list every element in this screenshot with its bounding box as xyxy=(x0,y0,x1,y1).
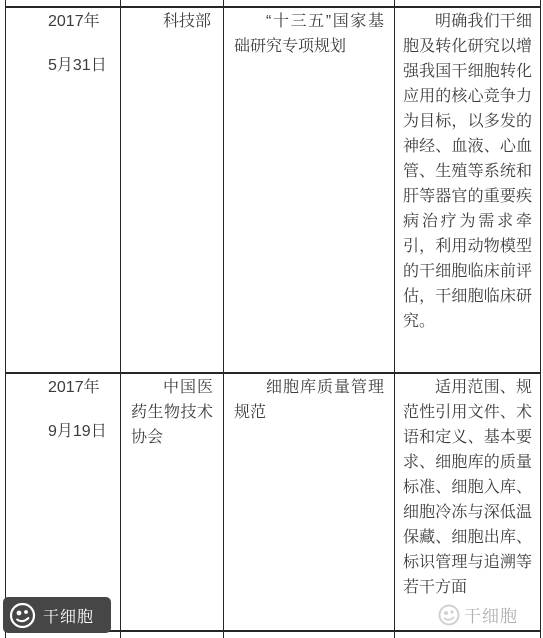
date-day: 9月19日 xyxy=(16,419,110,444)
table-cell-empty xyxy=(121,0,224,7)
table-cell-empty xyxy=(6,0,121,7)
agency-name: 中国医药生物技术协会 xyxy=(131,375,213,450)
article-screenshot: 2017年 5月31日 科技部 “十三五”国家基础研究专项规划 明确我们干细胞及… xyxy=(0,0,543,638)
cell-description: 明确我们干细胞及转化研究以增强我国干细胞转化应用的核心竞争力为目标，以多发的神经… xyxy=(395,7,541,373)
account-badge-text: 干细胞 xyxy=(43,604,94,627)
cell-description: 适用范围、规范性引用文件、术语和定义、基本要求、细胞库的质量标准、细胞入库、细胞… xyxy=(395,373,541,631)
date-day: 5月31日 xyxy=(16,53,110,78)
agency-name: 科技部 xyxy=(131,9,213,34)
table-row-partial-top xyxy=(6,0,541,7)
stem-cell-logo-icon xyxy=(9,602,36,629)
cell-policy-title: 细胞库质量管理规范 xyxy=(224,373,395,631)
cell-date: 2017年 5月31日 xyxy=(6,7,121,373)
cell-agency: 科技部 xyxy=(121,7,224,373)
cell-date: 2017年 9月19日 xyxy=(6,373,121,631)
table-cell-empty xyxy=(224,631,395,638)
table-cell-empty xyxy=(224,0,395,7)
policy-title: 细胞库质量管理规范 xyxy=(234,375,384,425)
table-cell-empty xyxy=(121,631,224,638)
account-badge: 干细胞 xyxy=(3,597,111,633)
table-cell-empty xyxy=(395,631,541,638)
table-row: 2017年 9月19日 中国医药生物技术协会 细胞库质量管理规范 适用范围、规范… xyxy=(6,373,541,631)
policy-description: 适用范围、规范性引用文件、术语和定义、基本要求、细胞库的质量标准、细胞入库、细胞… xyxy=(403,375,532,600)
cell-policy-title: “十三五”国家基础研究专项规划 xyxy=(224,7,395,373)
date-year: 2017年 xyxy=(16,375,110,400)
policy-description: 明确我们干细胞及转化研究以增强我国干细胞转化应用的核心竞争力为目标，以多发的神经… xyxy=(403,9,532,334)
policy-title: “十三五”国家基础研究专项规划 xyxy=(234,9,384,59)
table-row: 2017年 5月31日 科技部 “十三五”国家基础研究专项规划 明确我们干细胞及… xyxy=(6,7,541,373)
policy-table: 2017年 5月31日 科技部 “十三五”国家基础研究专项规划 明确我们干细胞及… xyxy=(5,0,541,638)
cell-agency: 中国医药生物技术协会 xyxy=(121,373,224,631)
date-year: 2017年 xyxy=(16,9,110,34)
table-cell-empty xyxy=(395,0,541,7)
